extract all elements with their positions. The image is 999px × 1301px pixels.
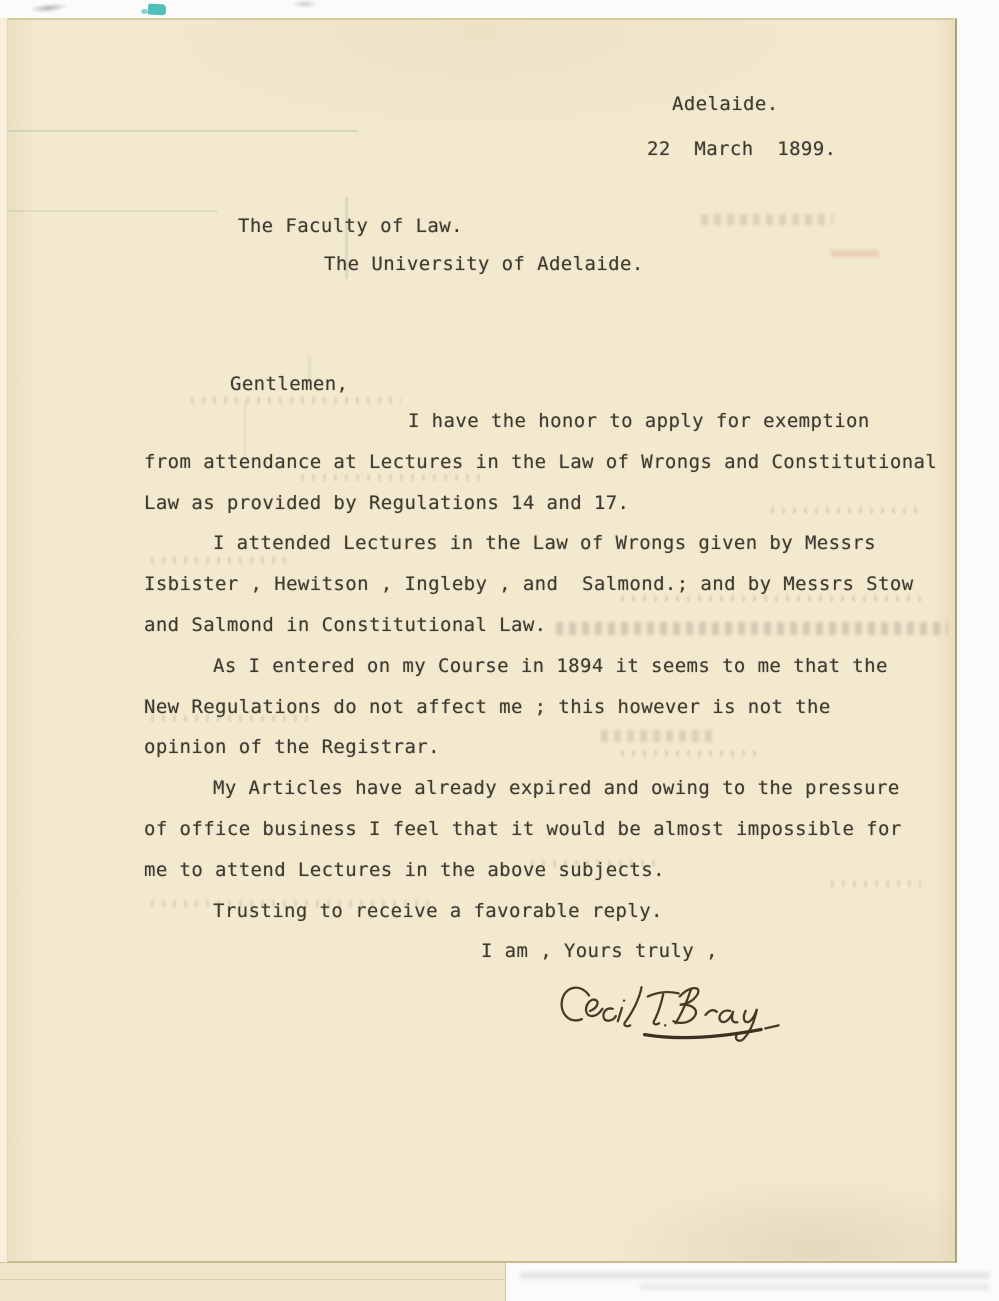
scan-streak bbox=[640, 1284, 990, 1290]
letter-line: of office business I feel that it would … bbox=[144, 818, 944, 859]
letter-date: 22 March 1899. bbox=[647, 138, 836, 160]
pencil-smudge bbox=[29, 0, 76, 16]
letter-line: Trusting to receive a favorable reply. bbox=[144, 900, 944, 941]
signature: Cecil T. Bray bbox=[556, 978, 791, 1050]
letter-page: Adelaide. 22 March 1899. The Faculty of … bbox=[7, 18, 957, 1263]
letter-line: I have the honor to apply for exemption bbox=[144, 410, 944, 451]
teal-ink-mark bbox=[148, 4, 167, 16]
closing-line: I am , Yours truly , bbox=[144, 940, 944, 981]
letter-line: from attendance at Lectures in the Law o… bbox=[144, 451, 944, 492]
recipient-line-2: The University of Adelaide. bbox=[324, 253, 644, 275]
letter-line: and Salmond in Constitutional Law. bbox=[144, 614, 944, 655]
stain bbox=[831, 250, 879, 257]
teal-ink-dot bbox=[141, 9, 148, 14]
letter-line: As I entered on my Course in 1894 it see… bbox=[144, 655, 944, 696]
underlying-page bbox=[0, 1262, 506, 1301]
scan-streak bbox=[520, 1272, 990, 1279]
salutation: Gentlemen, bbox=[230, 373, 348, 395]
gray-smudge bbox=[292, 0, 318, 8]
crease-line bbox=[8, 130, 358, 132]
ink-speckles bbox=[191, 397, 401, 404]
letter-place: Adelaide. bbox=[672, 93, 779, 115]
signature-handwriting bbox=[556, 978, 791, 1050]
letter-line: I attended Lectures in the Law of Wrongs… bbox=[144, 532, 944, 573]
letter-line: Law as provided by Regulations 14 and 17… bbox=[144, 492, 944, 533]
letter-body: I have the honor to apply for exemption … bbox=[144, 410, 944, 981]
bleedthrough-text bbox=[701, 214, 833, 225]
letter-line: Isbister , Hewitson , Ingleby , and Salm… bbox=[144, 573, 944, 614]
letter-line: New Regulations do not affect me ; this … bbox=[144, 696, 944, 737]
letter-line: me to attend Lectures in the above subje… bbox=[144, 859, 944, 900]
letter-line: My Articles have already expired and owi… bbox=[144, 777, 944, 818]
letter-line: opinion of the Registrar. bbox=[144, 736, 944, 777]
recipient-line-1: The Faculty of Law. bbox=[238, 215, 463, 237]
crease-line bbox=[8, 210, 218, 212]
